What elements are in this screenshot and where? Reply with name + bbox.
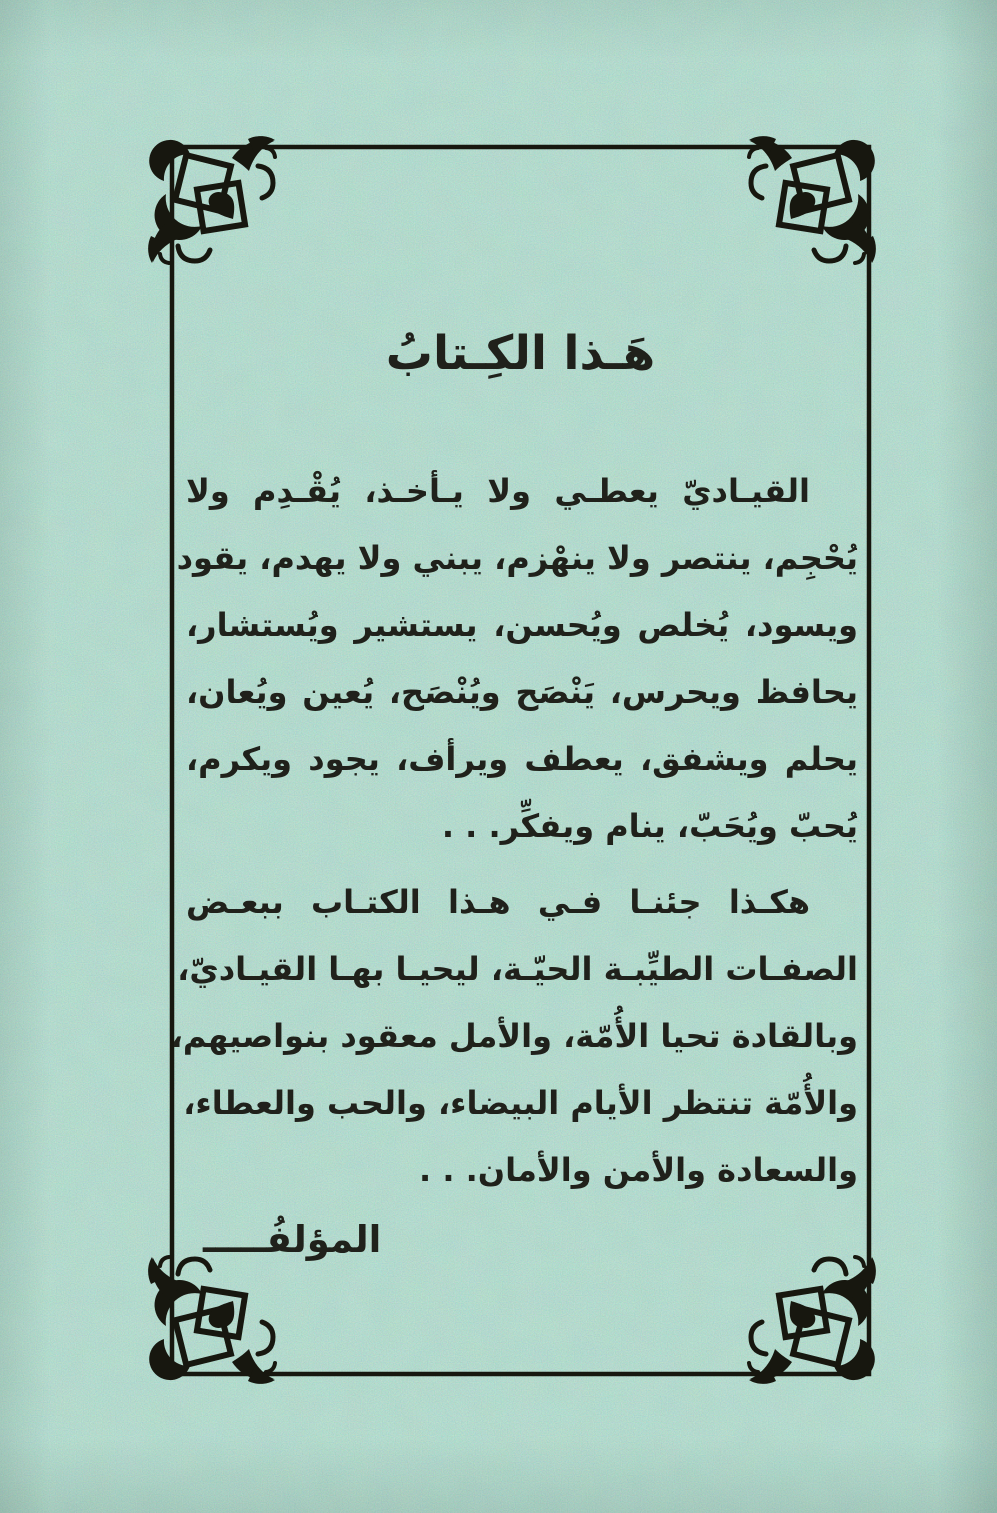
text-line: يُحبّ ويُحَبّ، ينام ويفكِّر. . . xyxy=(186,793,858,860)
text-line: هكـذا جئنـا فـي هـذا الكتـاب ببعـض xyxy=(186,869,858,936)
corner-ornament-top-right-icon xyxy=(749,136,876,263)
corner-ornament-bottom-right-icon xyxy=(749,1257,876,1384)
book-page: هَـذا الكِـتابُ القيـاديّ يعطـي ولا يـأخ… xyxy=(0,0,997,1513)
text-line: والسعادة والأمن والأمان. . . xyxy=(186,1137,858,1204)
text-line: الصفـات الطيِّبـة الحيّـة، ليحيـا بهـا ا… xyxy=(186,936,858,1003)
corner-ornament-bottom-left-icon xyxy=(148,1257,275,1384)
text-line: وبالقادة تحيا الأُمّة، والأمل معقود بنوا… xyxy=(186,1003,858,1070)
page-title: هَـذا الكِـتابُ xyxy=(172,326,869,381)
closing-paragraph: هكـذا جئنـا فـي هـذا الكتـاب ببعـض الصفـ… xyxy=(186,869,858,1204)
intro-paragraph: القيـاديّ يعطـي ولا يـأخـذ، يُقْـدِم ولا… xyxy=(186,458,858,860)
text-line: يحلم ويشفق، يعطف ويرأف، يجود ويكرم، xyxy=(186,726,858,793)
text-line: يُحْجِم، ينتصر ولا ينهْزم، يبني ولا يهدم… xyxy=(186,525,858,592)
author-signature: المؤلفُـــــ xyxy=(203,1218,381,1261)
text-line: يحافظ ويحرس، يَنْصَح ويُنْصَح، يُعين ويُ… xyxy=(186,659,858,726)
text-line: والأُمّة تنتظر الأيام البيضاء، والحب وال… xyxy=(186,1070,858,1137)
corner-ornament-top-left-icon xyxy=(148,136,275,263)
text-line: ويسود، يُخلص ويُحسن، يستشير ويُستشار، xyxy=(186,592,858,659)
text-line: القيـاديّ يعطـي ولا يـأخـذ، يُقْـدِم ولا xyxy=(186,458,858,525)
